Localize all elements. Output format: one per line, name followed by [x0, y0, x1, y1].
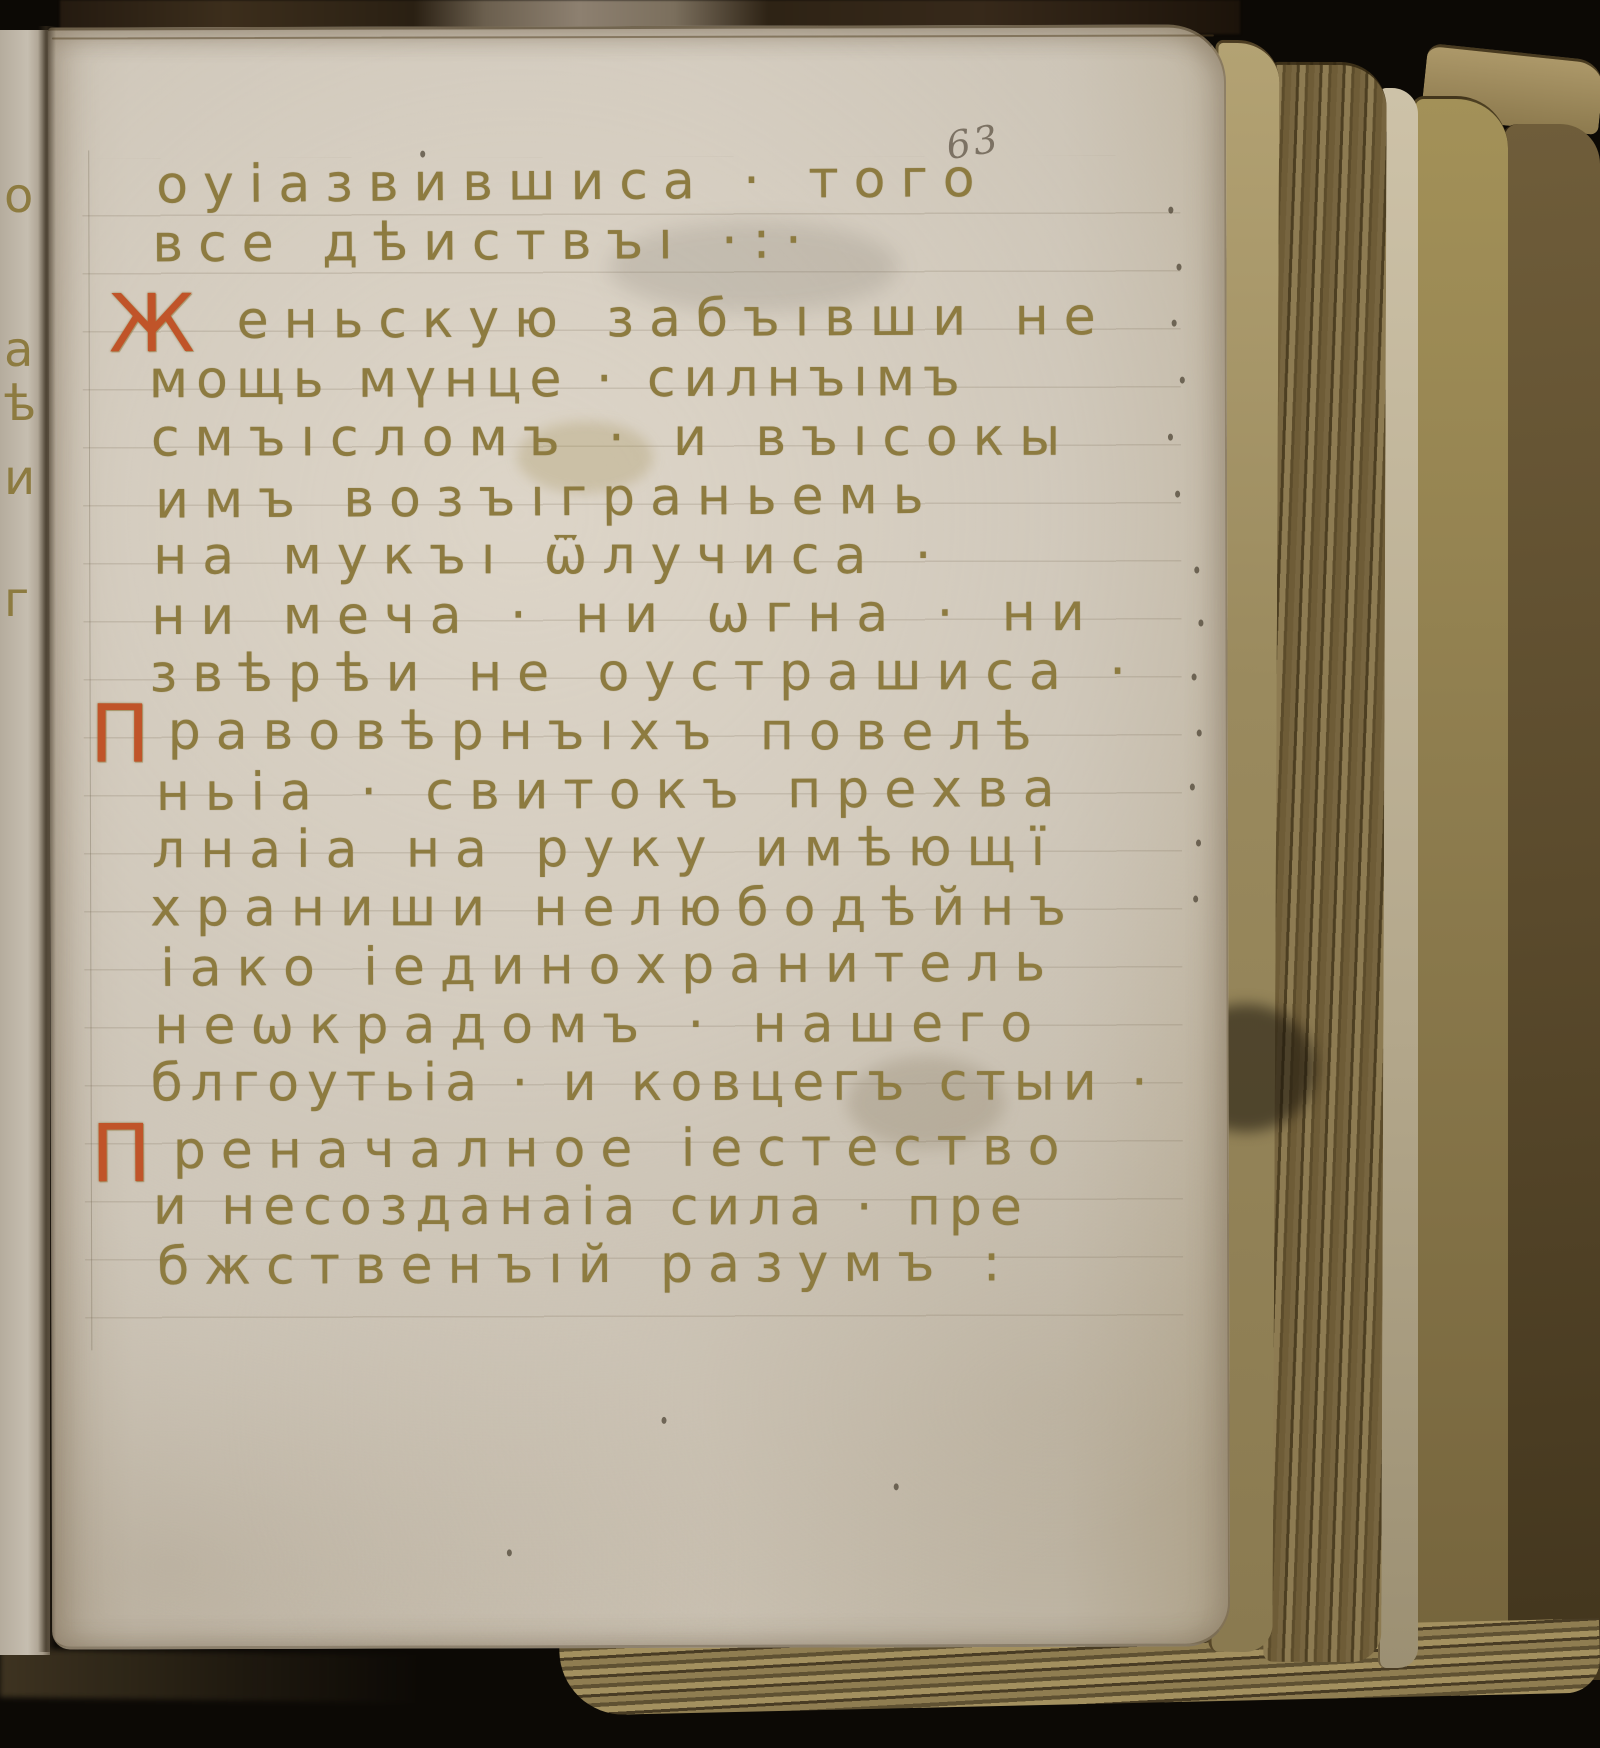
wormhole-dot: [894, 1483, 899, 1490]
text-line-content: и несозданаіа сила · пре: [153, 1177, 1030, 1238]
text-line: имъ возъıграньемь: [155, 467, 939, 530]
wormhole-dot: [1198, 620, 1203, 627]
text-line-content: ни меча · ни ѡгна · ни: [151, 583, 1099, 647]
text-line-content: лнаіа на руку имѣющї: [152, 818, 1060, 880]
text-line: мощь мүнце · силнъıмъ: [149, 349, 968, 409]
text-line-content: ньіа · свитокъ прехва: [156, 759, 1070, 823]
wormhole-dot: [662, 1417, 667, 1424]
text-line: смъıсломъ · и въıсокы: [151, 409, 1075, 468]
text-line: и несозданаіа сила · пре: [153, 1178, 1030, 1237]
wormhole-dot: [420, 151, 425, 158]
wormhole-dot: [1190, 784, 1195, 791]
text-line: неѡкрадомъ · нашего: [154, 995, 1047, 1055]
book-fore-edge-block: [1500, 124, 1600, 1680]
page-edge-layer: [1412, 96, 1508, 1672]
text-line: все дѣиствъı ·:·: [152, 211, 817, 273]
page-edge-layer: [1263, 62, 1387, 1662]
text-line: іако іединохранитель: [160, 934, 1060, 997]
text-line: ньіа · свитокъ прехва: [156, 760, 1070, 822]
wormhole-dot: [1193, 896, 1198, 903]
wormhole-dot: [507, 1549, 512, 1556]
text-line-content: храниши нелюбодѣйнъ: [150, 878, 1081, 939]
text-line-content: мощь мүнце · силнъıмъ: [149, 348, 968, 410]
wormhole-dot: [1197, 730, 1202, 737]
wormhole-dot: [1196, 840, 1201, 847]
text-line-content: звѣрѣи не оустрашиса ·: [149, 642, 1140, 705]
text-line: Правовѣрнъıхъ повелѣ: [168, 703, 1047, 762]
text-block: оуіазвившиса · тоговсе дѣиствъı ·:·Женьс…: [98, 28, 1192, 1653]
text-line-content: все дѣиствъı ·:·: [152, 210, 817, 274]
wormhole-dot: [1168, 434, 1173, 441]
text-line-content: реначалное іестество: [173, 1117, 1075, 1181]
bottom-edge-debris: [0, 1649, 420, 1703]
text-line: Женьскую забъıвши не: [237, 288, 1111, 350]
text-line: оуіазвившиса · того: [156, 150, 990, 215]
text-line: на мукъı ѿлучиса ·: [153, 527, 946, 586]
wormhole-dot: [1177, 264, 1182, 271]
text-line-content: іако іединохранитель: [160, 933, 1060, 998]
rubric-initial: П: [90, 695, 165, 775]
text-line: звѣрѣи не оустрашиса ·: [149, 643, 1140, 704]
wormhole-dot: [1192, 674, 1197, 681]
manuscript-page: 63 оуіазвившиса · тоговсе дѣиствъı ·:·Же…: [48, 24, 1230, 1649]
text-line-content: еньскую забъıвши не: [237, 287, 1111, 351]
wormhole-dot: [1172, 320, 1177, 327]
text-line: ни меча · ни ѡгна · ни: [151, 584, 1099, 646]
wormhole-dot: [1180, 377, 1185, 384]
text-line: бжственъıй разумъ :: [157, 1234, 1016, 1296]
text-line-content: оуіазвившиса · того: [156, 149, 990, 216]
manuscript-photo: { "manuscript": { "folio_number": "63", …: [0, 0, 1600, 1748]
text-line-content: на мукъı ѿлучиса ·: [153, 526, 946, 587]
text-line-content: имъ возъıграньемь: [155, 466, 939, 531]
text-line: Преначалное іестество: [173, 1118, 1075, 1180]
text-line-content: бжственъıй разумъ :: [157, 1233, 1016, 1297]
gutter-crease-shadow: [38, 26, 56, 1652]
text-line-content: неѡкрадомъ · нашего: [154, 994, 1047, 1056]
text-line-content: равовѣрнъıхъ повелѣ: [168, 702, 1047, 763]
text-line: лнаіа на руку имѣющї: [152, 819, 1060, 879]
wormhole-dot: [1168, 207, 1173, 214]
wormhole-dot: [1175, 491, 1180, 498]
wormhole-dot: [1194, 567, 1199, 574]
text-line: блгоутьіа · и ковцегъ стыи ·: [151, 1054, 1156, 1113]
text-line: храниши нелюбодѣйнъ: [150, 879, 1081, 938]
text-line-content: смъıсломъ · и въıсокы: [151, 408, 1075, 469]
text-line-content: блгоутьіа · и ковцегъ стыи ·: [151, 1053, 1156, 1114]
